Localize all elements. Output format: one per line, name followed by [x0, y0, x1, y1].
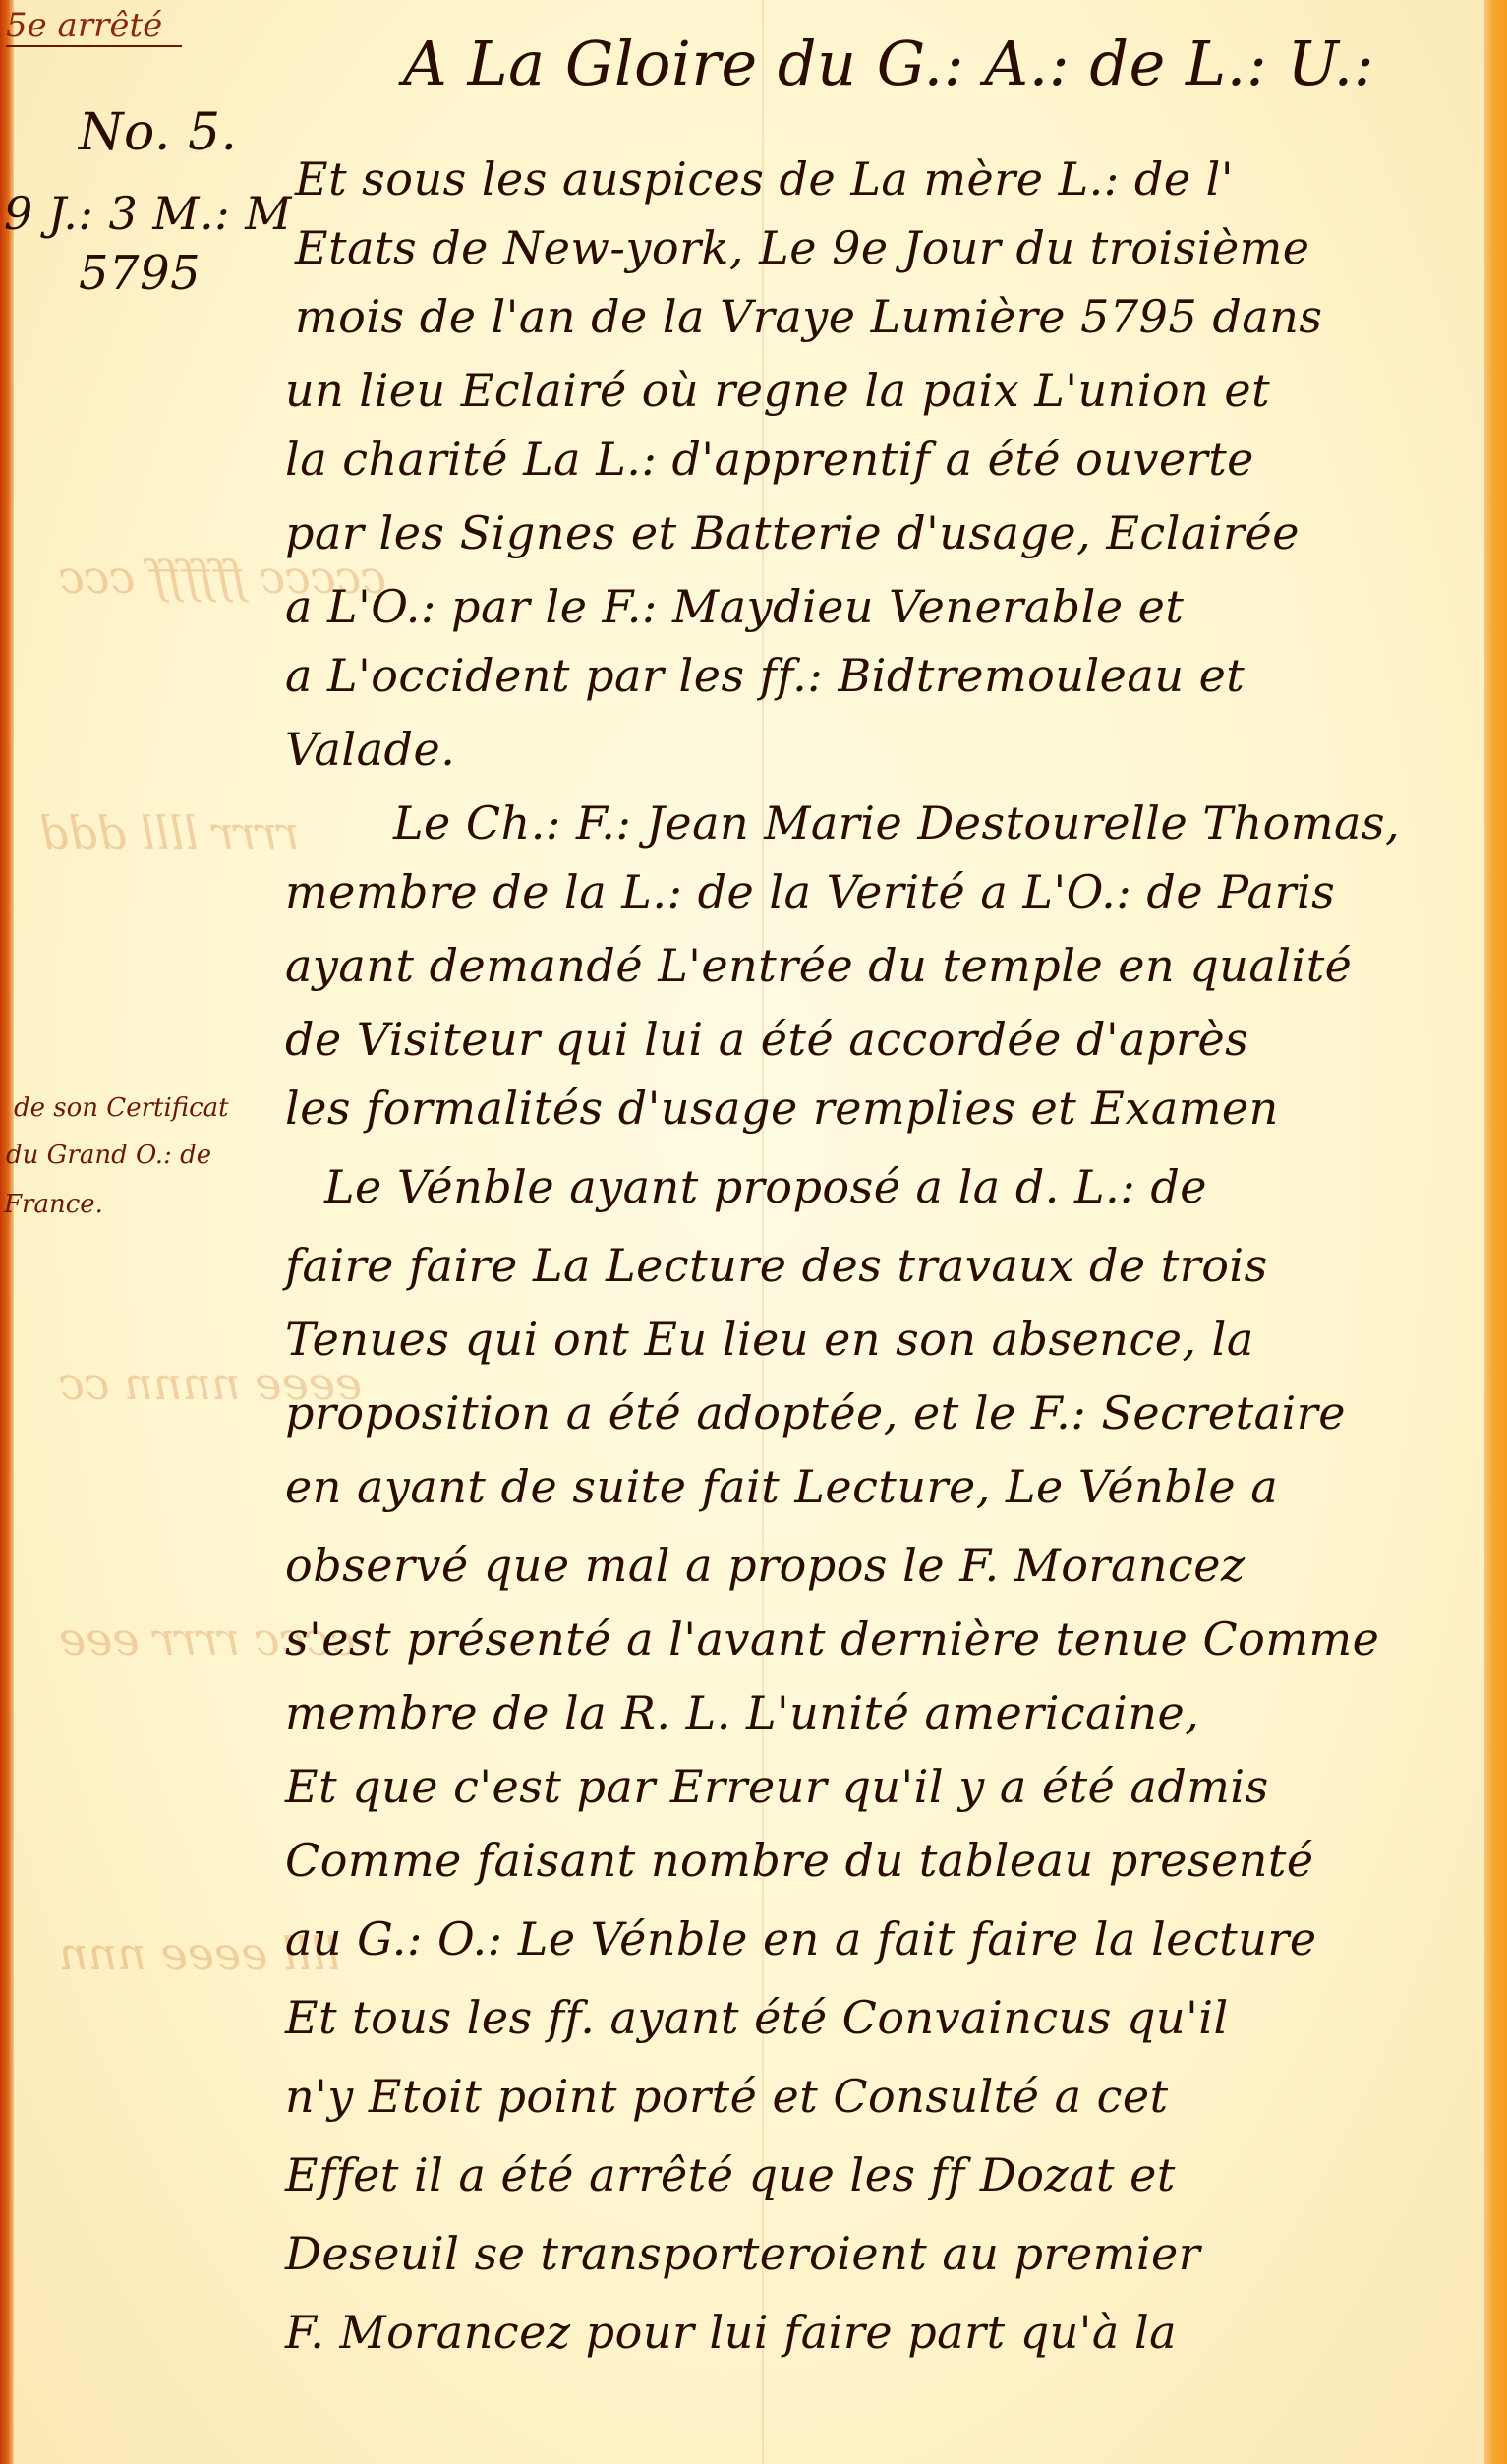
body-line: membre de la L.: de la Verité a L'O.: de… — [285, 865, 1335, 918]
document-heading: A La Gloire du G.: A.: de L.: U.: — [403, 28, 1374, 99]
entry-year: 5795 — [79, 246, 201, 301]
body-line: Effet il a été arrêté que les ff Dozat e… — [285, 2148, 1176, 2201]
margin-note-line: France. — [4, 1190, 103, 1219]
body-line: les formalités d'usage remplies et Exame… — [285, 1082, 1279, 1135]
entry-date: 9 J.: 3 M.: M — [4, 187, 292, 240]
body-line: a L'O.: par le F.: Maydieu Venerable et — [285, 580, 1184, 633]
body-line: Etats de New-york, Le 9e Jour du troisiè… — [295, 221, 1310, 274]
bleed-through-text: rrrr llll ddd — [39, 806, 299, 859]
body-line: Le Vénble ayant proposé a la d. L.: de — [324, 1160, 1207, 1213]
body-line: faire faire La Lecture des travaux de tr… — [285, 1239, 1268, 1292]
body-line: Comme faisant nombre du tableau presenté — [285, 1834, 1314, 1887]
body-line: en ayant de suite fait Lecture, Le Vénbl… — [285, 1460, 1278, 1513]
body-line: de Visiteur qui lui a été accordée d'apr… — [285, 1013, 1248, 1066]
body-line: ayant demandé L'entrée du temple en qual… — [285, 939, 1352, 992]
manuscript-page: ccccc ffffff ccc rrrr llll ddd eeee nnnn… — [0, 0, 1484, 2464]
body-line: Tenues qui ont Eu lieu en son absence, l… — [285, 1313, 1254, 1366]
body-line: F. Morancez pour lui faire part qu'à la — [285, 2306, 1177, 2359]
page-binding-edge — [0, 0, 14, 2464]
body-line: membre de la R. L. L'unité americaine, — [285, 1686, 1199, 1739]
body-line: mois de l'an de la Vraye Lumière 5795 da… — [295, 290, 1322, 343]
page-right-edge — [1484, 0, 1507, 2464]
body-line: a L'occident par les ff.: Bidtremouleau … — [285, 649, 1245, 702]
body-line: n'y Etoit point porté et Consulté a cet — [285, 2070, 1169, 2123]
body-line: Le Ch.: F.: Jean Marie Destourelle Thoma… — [393, 796, 1400, 850]
body-line: Et sous les auspices de La mère L.: de l… — [295, 152, 1234, 205]
body-line: un lieu Eclairé où regne la paix L'union… — [285, 364, 1270, 417]
body-line: au G.: O.: Le Vénble en a fait faire la … — [285, 1912, 1317, 1965]
body-line: observé que mal a propos le F. Morancez — [285, 1539, 1246, 1592]
body-line: s'est présenté a l'avant dernière tenue … — [285, 1613, 1379, 1666]
body-line: proposition a été adoptée, et le F.: Sec… — [285, 1386, 1346, 1439]
body-line: Valade. — [285, 723, 455, 776]
entry-number: No. 5. — [79, 103, 238, 162]
body-line: par les Signes et Batterie d'usage, Ecla… — [285, 506, 1300, 559]
margin-note-line: de son Certificat — [14, 1093, 229, 1123]
body-line: Et tous les ff. ayant été Convaincus qu'… — [285, 1991, 1229, 2044]
body-line: Deseuil se transporteroient au premier — [285, 2227, 1200, 2280]
margin-note-line: du Grand O.: de — [6, 1141, 211, 1170]
body-line: la charité La L.: d'apprentif a été ouve… — [285, 433, 1254, 486]
body-line: Et que c'est par Erreur qu'il y a été ad… — [285, 1760, 1269, 1813]
arrete-label: 5e arrêté — [6, 6, 182, 47]
